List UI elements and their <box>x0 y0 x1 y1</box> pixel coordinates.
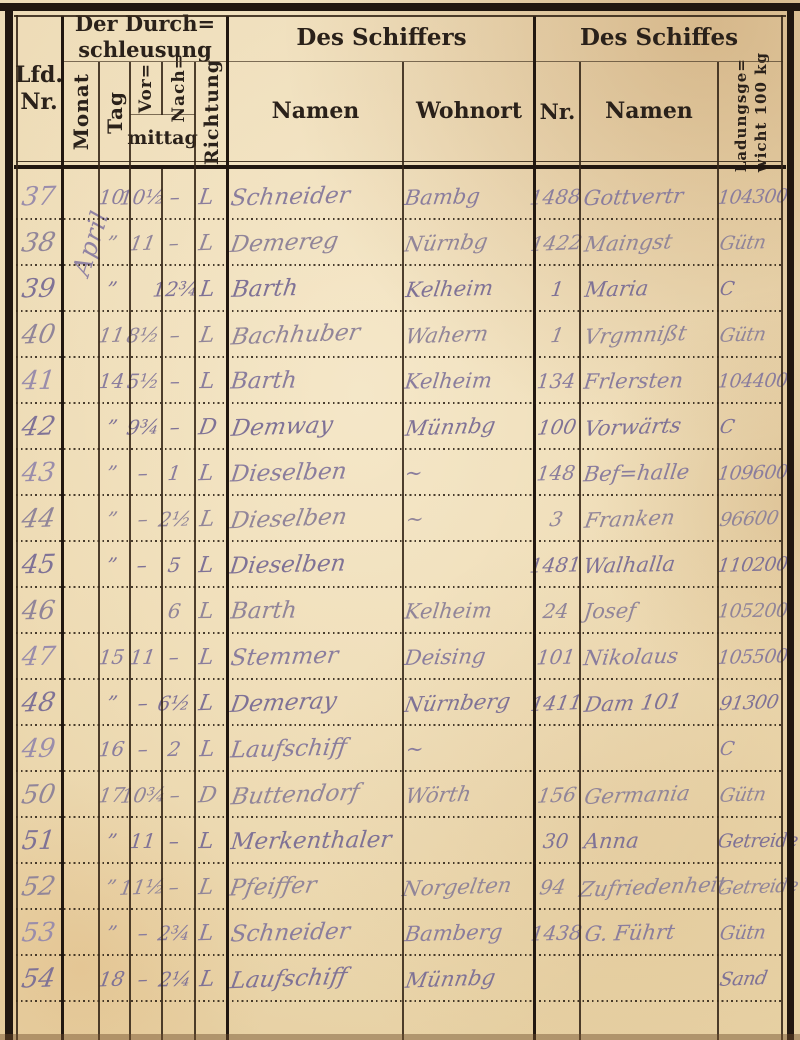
cell-tag: 18 <box>97 956 127 1002</box>
hw-lfd: 45 <box>20 550 57 581</box>
hw-richtung: L <box>197 460 215 485</box>
hw-nr: 1438 <box>529 920 583 945</box>
cell-schiffer-name: Buttendorf <box>224 772 403 818</box>
cell-lfd-nr: 52 <box>16 864 60 910</box>
hw-nach: – <box>168 323 182 347</box>
cell-monat <box>61 496 97 542</box>
cell-monat <box>60 864 96 910</box>
cell-monat <box>61 542 97 588</box>
cell-schiff-nr: 156 <box>535 772 579 818</box>
header-lfd-line2: Nr. <box>20 89 57 117</box>
cell-schiff-name: Maingst <box>579 220 720 266</box>
hw-richtung: L <box>198 184 216 209</box>
cell-monat <box>61 772 97 818</box>
hw-schiff: Zufriedenheit <box>577 872 728 902</box>
hw-wohnort: Wörth <box>404 782 473 808</box>
cell-schiff-nr: 3 <box>535 496 579 542</box>
cell-schiff-nr: 1 <box>535 312 579 358</box>
cell-ladungsgewicht: 104400 <box>718 358 783 404</box>
hw-ladung: Gütn <box>717 783 766 807</box>
header-ladung-line1: Ladungsge= <box>732 52 750 172</box>
cell-schiff-name: Nikolaus <box>578 634 718 680</box>
hw-name: Laufschiff <box>228 964 349 994</box>
hw-name: Schneider <box>229 918 351 947</box>
cell-monat <box>61 312 97 358</box>
header-group-durchschleusung: Der Durch= schleusung <box>62 14 228 60</box>
cell-monat <box>61 910 97 956</box>
cell-wohnort: Deising <box>401 634 534 680</box>
cell-monat <box>61 220 97 266</box>
cell-lfd-nr: 37 <box>16 174 61 220</box>
page-bottom-edge <box>0 1034 800 1040</box>
hw-schiff: Maingst <box>583 229 675 256</box>
cell-tag: ” <box>97 266 127 312</box>
hw-richtung: L <box>198 322 217 348</box>
cell-schiff-nr: 148 <box>534 450 578 496</box>
hw-vor: – <box>136 921 149 945</box>
hw-nr: 1481 <box>528 552 582 577</box>
hw-tag: ” <box>105 507 119 531</box>
hw-name: Dieselben <box>229 458 348 487</box>
hw-tag: ” <box>105 691 119 715</box>
cell-schiffer-name: Dieselben <box>222 542 400 588</box>
hw-richtung: L <box>198 828 215 853</box>
hw-name: Demway <box>229 412 335 442</box>
cell-vormittag: 10¾ <box>127 772 159 818</box>
table-row: 50 17 10¾ – D Buttendorf Wörth 156 Germa… <box>16 772 783 818</box>
hw-nach: – <box>167 231 181 255</box>
header-col-wohnort: Wohnort <box>403 62 535 162</box>
cell-tag: 15 <box>97 634 127 680</box>
hw-tag: ” <box>105 231 119 255</box>
cell-schiffer-name: Pfeiffer <box>222 864 399 910</box>
header-schiffes-label: Des Schiffes <box>580 24 738 53</box>
hw-schiff: G. Führt <box>583 920 676 946</box>
cell-ladungsgewicht: Gütn <box>720 772 783 818</box>
hw-tag: 18 <box>97 967 127 992</box>
hw-tag: 16 <box>98 737 127 762</box>
cell-schiff-name: Zufriedenheit <box>574 864 718 910</box>
header-group-divider-line <box>62 61 783 62</box>
hw-lfd: 38 <box>19 227 58 258</box>
hw-tag: ” <box>105 415 119 439</box>
hw-schiff: Anna <box>582 829 639 854</box>
cell-schiff-name: Frlersten <box>578 358 718 404</box>
hw-ladung: C <box>718 738 735 760</box>
cell-wohnort <box>401 818 534 864</box>
cell-schiffer-name: Bachhuber <box>224 312 403 358</box>
cell-nachmittag: – <box>158 818 190 864</box>
cell-schiff-name: Bef=halle <box>578 450 718 496</box>
cell-lfd-nr: 50 <box>16 772 61 818</box>
table-row: 54 18 – 2¼ L Laufschiff Münnbg Sand <box>16 956 783 1002</box>
cell-vormittag: 11 <box>127 634 158 680</box>
table-row: 43 ” – 1 L Dieselben ~ 148 Bef=halle 109… <box>16 450 783 496</box>
cell-tag: 11 <box>97 312 127 358</box>
hw-nach: – <box>168 645 181 669</box>
cell-vormittag: – <box>127 680 158 726</box>
hw-nr: 100 <box>536 414 579 439</box>
hw-lfd: 41 <box>20 366 56 396</box>
hw-schiff: Vorwärts <box>583 413 684 441</box>
cell-nachmittag: – <box>159 312 191 358</box>
cell-lfd-nr: 42 <box>16 404 61 450</box>
hw-ladung: C <box>718 278 735 300</box>
hw-ladung: 96600 <box>717 507 779 531</box>
hw-name: Barth <box>230 368 299 395</box>
hw-nr: 1488 <box>528 184 582 209</box>
hw-richtung: L <box>196 874 215 900</box>
hw-richtung: L <box>199 276 217 301</box>
cell-nachmittag: – <box>158 220 190 266</box>
hw-name: Stemmer <box>229 643 340 672</box>
hw-nach: 6 <box>167 599 182 623</box>
cell-nachmittag: 2¾ <box>158 910 190 956</box>
cell-tag: ” <box>97 220 127 266</box>
hw-vor: – <box>136 691 150 715</box>
cell-ladungsgewicht: 105200 <box>718 588 783 634</box>
cell-schiffer-name: Laufschiff <box>223 726 402 772</box>
hw-nach: – <box>167 875 181 899</box>
hw-richtung: L <box>197 506 216 532</box>
hw-vor: 11½ <box>117 874 166 900</box>
hw-richtung: L <box>197 690 216 716</box>
table-row: 47 15 11 – L Stemmer Deising 101 Nikolau… <box>16 634 783 680</box>
header-schiffer-namen-label: Namen <box>272 98 360 126</box>
cell-lfd-nr: 40 <box>16 312 61 358</box>
cell-ladungsgewicht: C <box>720 266 783 312</box>
cell-schiff-nr: 1 <box>535 266 579 312</box>
cell-ladungsgewicht: Getreide <box>718 818 783 864</box>
cell-lfd-nr: 43 <box>16 450 61 496</box>
header-col-richtung: Richtung <box>195 62 228 162</box>
header-col-ladungsgewicht: Ladungsge= wicht 100 kg <box>718 62 783 162</box>
cell-schiffer-name: Schneider <box>223 910 402 956</box>
hw-ladung: Sand <box>717 967 768 991</box>
hw-name: Barth <box>229 598 298 625</box>
cell-wohnort: Kelheim <box>401 358 533 404</box>
hw-ladung: 105200 <box>717 600 789 623</box>
cell-richtung: D <box>191 404 223 450</box>
hw-nr: 148 <box>535 461 577 486</box>
cell-nachmittag: – <box>159 404 191 450</box>
cell-tag: ” <box>97 542 127 588</box>
column-divider-richtung <box>226 16 229 1040</box>
cell-vormittag: – <box>127 542 158 588</box>
table-row: 41 14 5½ – L Barth Kelheim 134 Frlersten… <box>16 358 783 404</box>
cell-wohnort: ~ <box>402 726 535 772</box>
hw-nach: 5 <box>166 553 182 577</box>
cell-tag: ” <box>97 680 127 726</box>
hw-nach: – <box>168 415 182 439</box>
cell-schiff-nr: 100 <box>535 404 579 450</box>
cell-vormittag <box>127 588 158 634</box>
cell-schiff-name: Franken <box>579 496 720 542</box>
column-divider-vor-nach-header <box>161 62 163 115</box>
hw-lfd: 48 <box>19 687 58 718</box>
hw-ladung: 110200 <box>716 553 789 577</box>
hw-name: Dieselben <box>228 550 347 579</box>
hw-name: Pfeiffer <box>227 872 318 901</box>
cell-lfd-nr: 49 <box>16 726 61 772</box>
hw-wohnort: Münnbg <box>403 965 497 992</box>
hw-richtung: D <box>196 414 218 440</box>
hw-schiff: Nikolaus <box>582 644 680 670</box>
hw-schiff: Dam 101 <box>583 689 684 717</box>
cell-monat <box>61 726 97 772</box>
cell-richtung: D <box>191 772 223 818</box>
table-row: 42 ” 9¾ – D Demway Münnbg 100 Vorwärts C <box>16 404 783 450</box>
cell-schiff-nr <box>535 956 579 1002</box>
header-col-schiff-namen: Namen <box>580 62 718 162</box>
hw-ladung: C <box>718 416 736 439</box>
frame-top-thick <box>0 3 800 11</box>
column-divider-vor-nach-body <box>161 169 163 1040</box>
cell-wohnort: ~ <box>401 450 534 496</box>
hw-schiff: Walhalla <box>582 552 677 578</box>
column-divider-tag <box>129 62 131 1040</box>
cell-wohnort: ~ <box>402 496 535 542</box>
cell-schiff-nr: 134 <box>534 358 578 404</box>
hw-name: Demeray <box>228 688 338 718</box>
cell-lfd-nr: 45 <box>16 542 61 588</box>
cell-wohnort: Wörth <box>402 772 535 818</box>
cell-schiff-name: Vorwärts <box>579 404 720 450</box>
hw-nr: 1 <box>549 323 566 347</box>
hw-tag: ” <box>104 875 118 899</box>
cell-wohnort: Kelheim <box>401 588 534 634</box>
cell-schiff-name: Josef <box>578 588 718 634</box>
cell-ladungsgewicht: 105500 <box>718 634 783 680</box>
header-col-nachmittag: Nach= <box>162 62 195 115</box>
hw-wohnort: Nürnberg <box>403 689 513 717</box>
header-lfd-line1: Lfd. <box>15 62 63 90</box>
hw-lfd: 47 <box>20 642 57 673</box>
hw-tag: ” <box>105 277 118 301</box>
register-page: Lfd. Nr. Der Durch= schleusung Des Schif… <box>0 0 800 1040</box>
hw-tag: 11 <box>97 323 127 348</box>
hw-schiff: Germania <box>582 781 691 809</box>
hw-richtung: L <box>198 736 216 761</box>
cell-wohnort <box>400 542 532 588</box>
cell-monat <box>61 358 97 404</box>
cell-nachmittag: 1 <box>158 450 190 496</box>
hw-nach: 1 <box>166 461 182 485</box>
header-richtung-label: Richtung <box>201 59 223 165</box>
hw-lfd: 49 <box>20 734 57 765</box>
hw-wohnort: Kelheim <box>405 276 495 302</box>
frame-left-thick <box>5 3 13 1040</box>
hw-lfd: 43 <box>20 458 57 489</box>
hw-nr: 3 <box>548 507 565 531</box>
cell-lfd-nr: 44 <box>16 496 61 542</box>
header-col-schiff-nr: Nr. <box>535 62 580 162</box>
cell-schiff-nr: 1488 <box>533 174 578 220</box>
hw-wohnort: Bamberg <box>404 920 505 947</box>
hw-vor: – <box>136 507 150 531</box>
hw-tag: 14 <box>98 369 126 393</box>
hw-tag: ” <box>106 829 119 853</box>
cell-lfd-nr: 41 <box>16 358 61 404</box>
cell-ladungsgewicht: 96600 <box>720 496 783 542</box>
cell-schiffer-name: Demeray <box>223 680 402 726</box>
frame-right-thin <box>781 15 783 1040</box>
cell-vormittag: 8½ <box>127 312 159 358</box>
cell-monat <box>61 818 97 864</box>
hw-name: Barth <box>230 275 299 303</box>
hw-wohnort: Kelheim <box>404 368 494 393</box>
cell-schiffer-name: Schneider <box>223 174 401 220</box>
hw-nr: 156 <box>536 782 579 807</box>
hw-ladung: 104400 <box>717 370 789 393</box>
cell-vormittag: 9¾ <box>127 404 159 450</box>
cell-schiffer-name: Barth <box>224 266 403 312</box>
cell-lfd-nr: 53 <box>16 910 61 956</box>
cell-ladungsgewicht: 110200 <box>718 542 783 588</box>
cell-lfd-nr: 47 <box>16 634 61 680</box>
hw-vor: 11 <box>129 829 157 853</box>
header-vor-label: Vor= <box>136 63 156 113</box>
cell-monat <box>61 680 97 726</box>
cell-schiffer-name: Laufschiff <box>223 956 402 1002</box>
cell-lfd-nr: 48 <box>16 680 61 726</box>
hw-richtung: L <box>197 552 215 577</box>
hw-nr: 134 <box>535 369 576 394</box>
header-schiff-nr-label: Nr. <box>540 99 576 125</box>
cell-schiff-name: Germania <box>579 772 720 818</box>
hw-nr: 30 <box>542 829 570 853</box>
hw-ladung: 104300 <box>716 185 789 209</box>
table-row: 40 11 8½ – L Bachhuber Wahern 1 Vrgmnißt… <box>16 312 783 358</box>
cell-lfd-nr: 51 <box>16 818 61 864</box>
hw-tag: ” <box>105 921 118 945</box>
table-body: 37 10 10½ – L Schneider Bambg 1488 Gottv… <box>16 174 783 1002</box>
cell-schiff-name: G. Führt <box>579 910 720 956</box>
cell-schiffer-name: Barth <box>223 358 401 404</box>
cell-vormittag: – <box>127 496 158 542</box>
hw-richtung: D <box>196 782 218 808</box>
hw-nach: – <box>168 829 181 853</box>
hw-lfd: 37 <box>20 182 57 213</box>
hw-ladung: Gütn <box>718 921 766 944</box>
header-group-schiffers: Des Schiffers <box>228 16 535 60</box>
hw-ladung: 109600 <box>716 461 789 485</box>
hw-wohnort: Nürnbg <box>403 229 490 256</box>
cell-vormittag: – <box>127 910 158 956</box>
hw-richtung: L <box>198 920 216 945</box>
hw-nr: 1 <box>549 277 565 301</box>
hw-nr: 1422 <box>529 230 584 256</box>
header-wohnort-label: Wohnort <box>416 98 522 126</box>
hw-ladung: 91300 <box>717 691 779 715</box>
header-col-mittag: mittag <box>130 115 195 162</box>
cell-vormittag: 11 <box>127 220 158 266</box>
hw-richtung: L <box>198 368 215 393</box>
header-durchschleusung-line2: schleusung <box>78 37 212 63</box>
cell-ladungsgewicht: 91300 <box>720 680 783 726</box>
cell-vormittag: – <box>127 450 158 496</box>
cell-schiff-nr: 1411 <box>534 680 579 726</box>
table-row: 49 16 – 2 L Laufschiff ~ C <box>16 726 783 772</box>
header-schiff-namen-label: Namen <box>605 98 693 126</box>
hw-wohnort: ~ <box>403 461 424 485</box>
hw-name: Merkenthaler <box>229 827 392 855</box>
cell-tag: ” <box>97 450 127 496</box>
hw-schiff: Josef <box>582 599 637 624</box>
cell-lfd-nr: 38 <box>16 220 61 266</box>
cell-monat <box>61 174 97 220</box>
hw-name: Laufschiff <box>229 734 348 763</box>
frame-right-thick <box>787 3 794 1040</box>
cell-nachmittag: 2½ <box>159 496 191 542</box>
cell-schiff-name: Gottvertr <box>578 174 718 220</box>
header-schiffers-label: Des Schiffers <box>296 24 466 53</box>
cell-wohnort: Nürnberg <box>401 680 534 726</box>
table-row: 37 10 10½ – L Schneider Bambg 1488 Gottv… <box>16 174 783 220</box>
cell-schiff-nr: 94 <box>531 864 574 910</box>
hw-lfd: 44 <box>19 503 58 534</box>
header-col-schiffer-namen: Namen <box>228 62 403 162</box>
cell-schiff-nr <box>535 726 579 772</box>
cell-monat <box>61 450 97 496</box>
hw-name: Buttendorf <box>229 780 361 811</box>
header-mittag-label: mittag <box>127 127 197 151</box>
table-row: 51 ” 11 – L Merkenthaler 30 Anna Getreid… <box>16 818 783 864</box>
cell-wohnort: Nürnbg <box>401 220 534 266</box>
hw-wohnort: Wahern <box>404 321 491 348</box>
header-col-tag: Tag <box>99 62 130 162</box>
frame-top-thin <box>14 15 786 17</box>
cell-ladungsgewicht: Sand <box>720 956 783 1002</box>
cell-schiff-name: Walhalla <box>578 542 718 588</box>
cell-schiffer-name: Dieselben <box>223 496 402 542</box>
hw-lfd: 54 <box>19 963 58 994</box>
cell-schiffer-name: Demereg <box>223 220 402 266</box>
cell-schiffer-name: Merkenthaler <box>223 818 402 864</box>
cell-schiff-name: Dam 101 <box>579 680 720 726</box>
hw-vor: – <box>136 553 149 577</box>
hw-ladung: Gütn <box>717 323 766 347</box>
cell-vormittag: 5½ <box>127 358 159 404</box>
hw-lfd: 42 <box>19 411 58 442</box>
cell-monat <box>61 404 97 450</box>
cell-schiff-nr: 1481 <box>533 542 578 588</box>
cell-schiff-nr: 1438 <box>534 910 579 956</box>
hw-name: Bachhuber <box>229 320 362 351</box>
cell-schiffer-name: Demway <box>224 404 403 450</box>
hw-vor: 11 <box>128 645 157 670</box>
cell-vormittag: 11 <box>127 818 158 864</box>
cell-ladungsgewicht: 104300 <box>718 174 783 220</box>
cell-ladungsgewicht: 109600 <box>718 450 783 496</box>
hw-tag: ” <box>105 461 118 485</box>
hw-wohnort: Deising <box>403 644 487 670</box>
frame-left-thin <box>16 15 18 1040</box>
cell-ladungsgewicht: Gütn <box>720 220 783 266</box>
hw-richtung: L <box>198 598 215 623</box>
hw-schiff: Vrgmnißt <box>582 321 688 349</box>
hw-nach: – <box>169 369 182 393</box>
hw-wohnort: Münnbg <box>404 413 498 440</box>
hw-name: Schneider <box>229 182 351 211</box>
hw-lfd: 51 <box>20 826 56 856</box>
hw-vor: – <box>136 967 150 991</box>
hw-tag: 15 <box>98 645 127 670</box>
cell-tag: ” <box>97 404 127 450</box>
hw-wohnort: ~ <box>404 507 426 532</box>
table-row: 45 ” – 5 L Dieselben 1481 Walhalla 11020… <box>16 542 783 588</box>
cell-schiff-name: Maria <box>579 266 720 312</box>
